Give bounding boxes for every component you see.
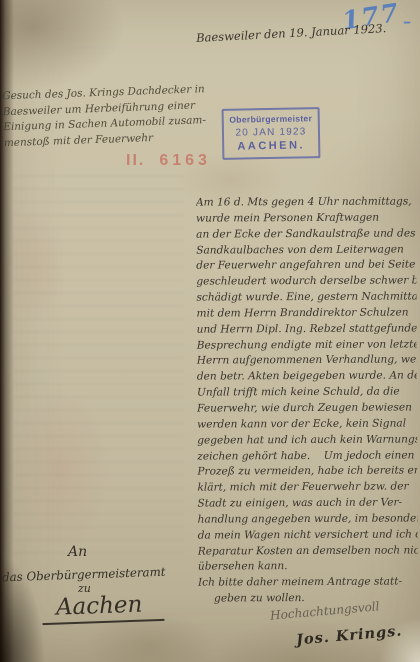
body-line: übersehen kann.: [198, 559, 418, 576]
body-line: Unfall trifft mich keine Schuld, da die: [197, 385, 417, 402]
body-line: mit dem Herrn Branddirektor Schulzen: [197, 305, 417, 322]
recipient-address-block: An das Oberbürgermeisteramt zu Aachen: [2, 544, 197, 623]
letter-body: Am 16 d. Mts gegen 4 Uhr nachmittags, wu…: [196, 194, 418, 607]
address-salutation: An: [68, 544, 197, 560]
body-line: Reparatur Kosten an demselben noch nicht: [198, 543, 418, 560]
document-page: 177 – Baesweiler den 19. Januar 1923. Ge…: [0, 0, 420, 662]
body-line: Am 16 d. Mts gegen 4 Uhr nachmittags,: [196, 194, 416, 211]
margin-note: Gesuch des Jos. Krings Dachdecker in Bae…: [2, 83, 190, 151]
registry-number-stamp: II.6163: [126, 152, 211, 170]
body-line: Besprechung endigte mit einer von letzte…: [197, 337, 417, 354]
registry-number: 6163: [159, 152, 211, 169]
office-date-stamp: Oberbürgermeister 20 JAN 1923 AACHEN.: [222, 107, 321, 160]
body-line: Herrn aufgenommenen Verhandlung, welche: [197, 353, 417, 370]
body-line: werden kann vor der Ecke, kein Signal: [197, 416, 417, 433]
body-line: da mein Wagen nicht versichert und ich d…: [198, 527, 418, 544]
body-line: an der Ecke der Sandkaulstraße und des: [196, 226, 416, 243]
body-line: den betr. Akten beigegeben wurde. An dem: [197, 369, 417, 386]
body-line: Sandkaulbaches von dem Leiterwagen: [196, 242, 416, 259]
body-line: schädigt wurde. Eine, gestern Nachmittag: [196, 289, 416, 306]
body-line: und Herrn Dipl. Ing. Rebzel stattgefunde…: [197, 321, 417, 338]
body-line: Ich bitte daher meinem Antrage statt-: [198, 575, 418, 592]
body-line: wurde mein Personen Kraftwagen: [196, 210, 416, 227]
body-line: klärt, mich mit der Feuerwehr bzw. der: [197, 480, 417, 497]
body-line: Prozeß zu vermeiden, habe ich bereits er…: [197, 464, 417, 481]
registry-prefix: II.: [126, 152, 145, 169]
body-line: Feuerwehr, wie durch Zeugen bewiesen: [197, 400, 417, 417]
body-line: Stadt zu einigen, was auch in der Ver-: [197, 495, 417, 512]
stamp-city-line: AACHEN.: [228, 139, 314, 152]
dateline: Baesweiler den 19. Januar 1923.: [196, 21, 387, 45]
body-line: geschleudert wodurch derselbe schwer be: [196, 274, 416, 291]
body-line: handlung angegeben wurde, im besondere: [198, 511, 418, 528]
body-line: gegeben hat und ich auch kein Warnungs-: [197, 432, 417, 449]
stamp-office-line: Oberbürgermeister: [228, 113, 314, 124]
address-city: Aachen: [42, 591, 165, 625]
body-line: der Feuerwehr angefahren und bei Seite: [196, 258, 416, 275]
body-line: zeichen gehört habe. Um jedoch einen: [197, 448, 417, 465]
page-number-dash: –: [403, 12, 411, 31]
ink-bleedthrough-texture: [14, 175, 184, 565]
stamp-date-line: 20 JAN 1923: [228, 126, 314, 138]
